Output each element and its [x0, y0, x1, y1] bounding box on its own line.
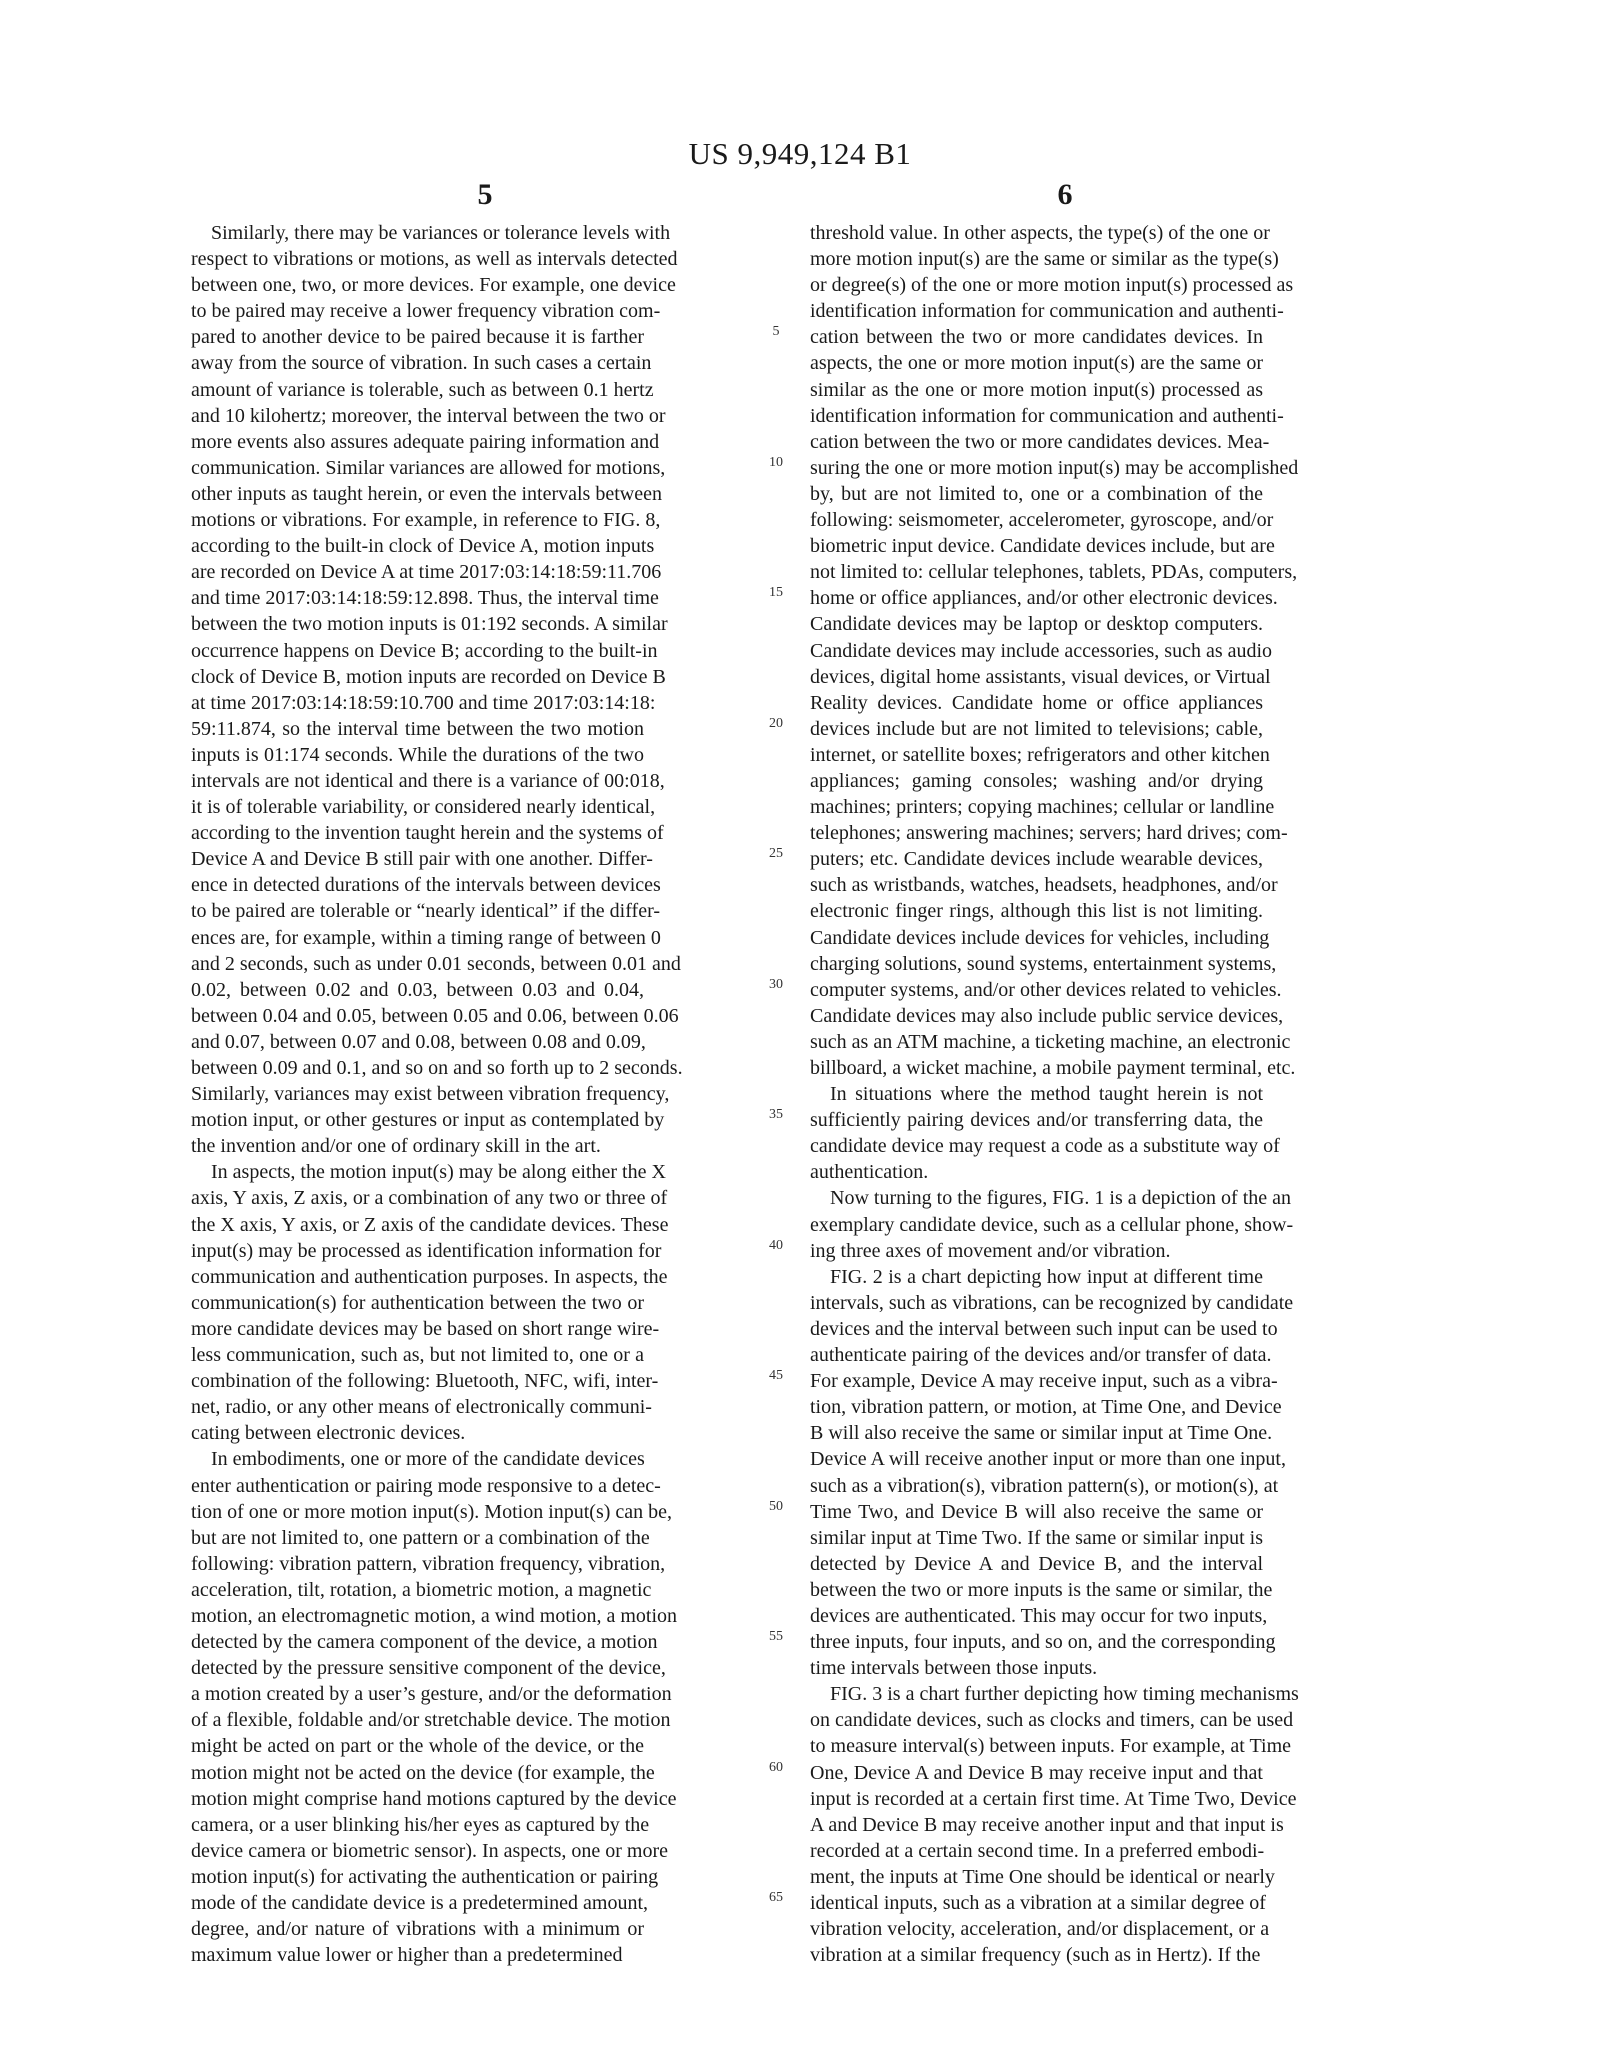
- text-line: home or office appliances, and/or other …: [810, 585, 1263, 611]
- text-line: telephones; answering machines; servers;…: [810, 820, 1263, 846]
- paragraph: In situations where the method taught he…: [810, 1081, 1263, 1185]
- patent-number-header: US 9,949,124 B1: [0, 136, 1600, 172]
- text-line: enter authentication or pairing mode res…: [191, 1473, 644, 1499]
- text-line: ment, the inputs at Time One should be i…: [810, 1864, 1263, 1890]
- text-line: authenticate pairing of the devices and/…: [810, 1342, 1263, 1368]
- text-line: 0.02, between 0.02 and 0.03, between 0.0…: [191, 977, 644, 1003]
- text-line: and 0.07, between 0.07 and 0.08, between…: [191, 1029, 644, 1055]
- text-line: degree, and/or nature of vibrations with…: [191, 1916, 644, 1942]
- text-line: and time 2017:03:14:18:59:12.898. Thus, …: [191, 585, 644, 611]
- text-line: ence in detected durations of the interv…: [191, 872, 644, 898]
- text-line: One, Device A and Device B may receive i…: [810, 1760, 1263, 1786]
- text-line: identical inputs, such as a vibration at…: [810, 1890, 1263, 1916]
- text-line: and 10 kilohertz; moreover, the interval…: [191, 403, 644, 429]
- text-line: the X axis, Y axis, or Z axis of the can…: [191, 1212, 644, 1238]
- text-line: three inputs, four inputs, and so on, an…: [810, 1629, 1263, 1655]
- text-line: Device A and Device B still pair with on…: [191, 846, 644, 872]
- text-line: and 2 seconds, such as under 0.01 second…: [191, 951, 644, 977]
- text-line: internet, or satellite boxes; refrigerat…: [810, 742, 1263, 768]
- text-line: charging solutions, sound systems, enter…: [810, 951, 1263, 977]
- text-line: of a flexible, foldable and/or stretchab…: [191, 1707, 644, 1733]
- text-line: are recorded on Device A at time 2017:03…: [191, 559, 644, 585]
- paragraph: FIG. 2 is a chart depicting how input at…: [810, 1264, 1263, 1682]
- text-line: between the two motion inputs is 01:192 …: [191, 611, 644, 637]
- text-line: motion might comprise hand motions captu…: [191, 1786, 644, 1812]
- text-line: the invention and/or one of ordinary ski…: [191, 1133, 644, 1159]
- text-line: such as an ATM machine, a ticketing mach…: [810, 1029, 1263, 1055]
- text-line: detected by the camera component of the …: [191, 1629, 644, 1655]
- text-line: device camera or biometric sensor). In a…: [191, 1838, 644, 1864]
- text-line: cation between the two or more candidate…: [810, 429, 1263, 455]
- text-line: In embodiments, one or more of the candi…: [191, 1446, 644, 1472]
- text-line: tion, vibration pattern, or motion, at T…: [810, 1394, 1263, 1420]
- left-text-column: Similarly, there may be variances or tol…: [191, 220, 644, 1968]
- text-line: Similarly, there may be variances or tol…: [191, 220, 644, 246]
- text-line: combination of the following: Bluetooth,…: [191, 1368, 644, 1394]
- text-line: aspects, the one or more motion input(s)…: [810, 350, 1263, 376]
- line-number: 30: [756, 977, 796, 993]
- text-line: such as a vibration(s), vibration patter…: [810, 1473, 1263, 1499]
- text-line: maximum value lower or higher than a pre…: [191, 1942, 644, 1968]
- text-line: recorded at a certain second time. In a …: [810, 1838, 1263, 1864]
- text-line: more events also assures adequate pairin…: [191, 429, 644, 455]
- text-line: devices include but are not limited to t…: [810, 716, 1263, 742]
- text-line: pared to another device to be paired bec…: [191, 324, 644, 350]
- text-line: ences are, for example, within a timing …: [191, 925, 644, 951]
- line-number: 55: [756, 1629, 796, 1645]
- text-line: to measure interval(s) between inputs. F…: [810, 1733, 1263, 1759]
- text-line: similar as the one or more motion input(…: [810, 377, 1263, 403]
- paragraph: In aspects, the motion input(s) may be a…: [191, 1159, 644, 1446]
- text-line: more motion input(s) are the same or sim…: [810, 246, 1263, 272]
- text-line: biometric input device. Candidate device…: [810, 533, 1263, 559]
- text-line: acceleration, tilt, rotation, a biometri…: [191, 1577, 644, 1603]
- text-line: machines; printers; copying machines; ce…: [810, 794, 1263, 820]
- text-line: away from the source of vibration. In su…: [191, 350, 644, 376]
- text-line: devices, digital home assistants, visual…: [810, 664, 1263, 690]
- text-line: at time 2017:03:14:18:59:10.700 and time…: [191, 690, 644, 716]
- text-line: according to the built-in clock of Devic…: [191, 533, 644, 559]
- text-line: cation between the two or more candidate…: [810, 324, 1263, 350]
- line-number: 65: [756, 1890, 796, 1906]
- text-line: detected by the pressure sensitive compo…: [191, 1655, 644, 1681]
- text-line: following: seismometer, accelerometer, g…: [810, 507, 1263, 533]
- text-line: input is recorded at a certain first tim…: [810, 1786, 1263, 1812]
- text-line: other inputs as taught herein, or even t…: [191, 481, 644, 507]
- text-line: suring the one or more motion input(s) m…: [810, 455, 1263, 481]
- text-line: following: vibration pattern, vibration …: [191, 1551, 644, 1577]
- line-number: 20: [756, 716, 796, 732]
- text-line: computer systems, and/or other devices r…: [810, 977, 1263, 1003]
- text-line: intervals are not identical and there is…: [191, 768, 644, 794]
- text-line: devices are authenticated. This may occu…: [810, 1603, 1263, 1629]
- text-line: between 0.04 and 0.05, between 0.05 and …: [191, 1003, 644, 1029]
- text-line: not limited to: cellular telephones, tab…: [810, 559, 1263, 585]
- paragraph: threshold value. In other aspects, the t…: [810, 220, 1263, 1081]
- text-line: vibration at a similar frequency (such a…: [810, 1942, 1263, 1968]
- text-line: motion might not be acted on the device …: [191, 1760, 644, 1786]
- text-line: axis, Y axis, Z axis, or a combination o…: [191, 1185, 644, 1211]
- paragraph: Now turning to the figures, FIG. 1 is a …: [810, 1185, 1263, 1263]
- text-line: sufficiently pairing devices and/or tran…: [810, 1107, 1263, 1133]
- line-number: 60: [756, 1760, 796, 1776]
- text-line: Device A will receive another input or m…: [810, 1446, 1263, 1472]
- text-line: motions or vibrations. For example, in r…: [191, 507, 644, 533]
- line-number: 25: [756, 846, 796, 862]
- text-line: more candidate devices may be based on s…: [191, 1316, 644, 1342]
- text-line: a motion created by a user’s gesture, an…: [191, 1681, 644, 1707]
- text-line: vibration velocity, acceleration, and/or…: [810, 1916, 1263, 1942]
- text-line: identification information for communica…: [810, 298, 1263, 324]
- text-line: camera, or a user blinking his/her eyes …: [191, 1812, 644, 1838]
- text-line: billboard, a wicket machine, a mobile pa…: [810, 1055, 1263, 1081]
- text-line: Now turning to the figures, FIG. 1 is a …: [810, 1185, 1263, 1211]
- text-line: Candidate devices include devices for ve…: [810, 925, 1263, 951]
- text-line: net, radio, or any other means of electr…: [191, 1394, 644, 1420]
- text-line: occurrence happens on Device B; accordin…: [191, 638, 644, 664]
- text-line: it is of tolerable variability, or consi…: [191, 794, 644, 820]
- text-line: might be acted on part or the whole of t…: [191, 1733, 644, 1759]
- text-line: intervals, such as vibrations, can be re…: [810, 1290, 1263, 1316]
- text-line: devices and the interval between such in…: [810, 1316, 1263, 1342]
- text-line: mode of the candidate device is a predet…: [191, 1890, 644, 1916]
- text-line: clock of Device B, motion inputs are rec…: [191, 664, 644, 690]
- text-line: communication and authentication purpose…: [191, 1264, 644, 1290]
- text-line: or degree(s) of the one or more motion i…: [810, 272, 1263, 298]
- paragraph: In embodiments, one or more of the candi…: [191, 1446, 644, 1968]
- text-line: For example, Device A may receive input,…: [810, 1368, 1263, 1394]
- text-line: exemplary candidate device, such as a ce…: [810, 1212, 1263, 1238]
- text-line: motion input, or other gestures or input…: [191, 1107, 644, 1133]
- text-line: but are not limited to, one pattern or a…: [191, 1525, 644, 1551]
- line-number: 45: [756, 1368, 796, 1384]
- text-line: 59:11.874, so the interval time between …: [191, 716, 644, 742]
- text-line: between the two or more inputs is the sa…: [810, 1577, 1263, 1603]
- text-line: threshold value. In other aspects, the t…: [810, 220, 1263, 246]
- line-number: 5: [756, 324, 796, 340]
- text-line: less communication, such as, but not lim…: [191, 1342, 644, 1368]
- text-line: candidate device may request a code as a…: [810, 1133, 1263, 1159]
- line-number: 50: [756, 1499, 796, 1515]
- text-line: input(s) may be processed as identificat…: [191, 1238, 644, 1264]
- text-line: identification information for communica…: [810, 403, 1263, 429]
- text-line: puters; etc. Candidate devices include w…: [810, 846, 1263, 872]
- text-line: FIG. 2 is a chart depicting how input at…: [810, 1264, 1263, 1290]
- line-number: 40: [756, 1238, 796, 1254]
- text-line: communication(s) for authentication betw…: [191, 1290, 644, 1316]
- text-line: motion, an electromagnetic motion, a win…: [191, 1603, 644, 1629]
- column-number-left: 5: [445, 178, 525, 212]
- text-line: FIG. 3 is a chart further depicting how …: [810, 1681, 1263, 1707]
- text-line: on candidate devices, such as clocks and…: [810, 1707, 1263, 1733]
- text-line: between one, two, or more devices. For e…: [191, 272, 644, 298]
- text-line: inputs is 01:174 seconds. While the dura…: [191, 742, 644, 768]
- column-number-right: 6: [1025, 178, 1105, 212]
- right-text-column: threshold value. In other aspects, the t…: [810, 220, 1263, 1968]
- text-line: ing three axes of movement and/or vibrat…: [810, 1238, 1263, 1264]
- text-line: similar input at Time Two. If the same o…: [810, 1525, 1263, 1551]
- text-line: by, but are not limited to, one or a com…: [810, 481, 1263, 507]
- text-line: Candidate devices may be laptop or deskt…: [810, 611, 1263, 637]
- text-line: detected by Device A and Device B, and t…: [810, 1551, 1263, 1577]
- text-line: appliances; gaming consoles; washing and…: [810, 768, 1263, 794]
- text-line: electronic finger rings, although this l…: [810, 898, 1263, 924]
- text-line: authentication.: [810, 1159, 1263, 1185]
- text-line: according to the invention taught herein…: [191, 820, 644, 846]
- text-line: Similarly, variances may exist between v…: [191, 1081, 644, 1107]
- line-number: 10: [756, 455, 796, 471]
- paragraph: FIG. 3 is a chart further depicting how …: [810, 1681, 1263, 1968]
- line-number: 35: [756, 1107, 796, 1123]
- text-line: B will also receive the same or similar …: [810, 1420, 1263, 1446]
- text-line: motion input(s) for activating the authe…: [191, 1864, 644, 1890]
- paragraph: Similarly, there may be variances or tol…: [191, 220, 644, 1159]
- text-line: amount of variance is tolerable, such as…: [191, 377, 644, 403]
- text-line: Reality devices. Candidate home or offic…: [810, 690, 1263, 716]
- text-line: to be paired are tolerable or “nearly id…: [191, 898, 644, 924]
- text-line: time intervals between those inputs.: [810, 1655, 1263, 1681]
- text-line: cating between electronic devices.: [191, 1420, 644, 1446]
- text-line: communication. Similar variances are all…: [191, 455, 644, 481]
- text-line: such as wristbands, watches, headsets, h…: [810, 872, 1263, 898]
- text-line: between 0.09 and 0.1, and so on and so f…: [191, 1055, 644, 1081]
- text-line: In aspects, the motion input(s) may be a…: [191, 1159, 644, 1185]
- text-line: A and Device B may receive another input…: [810, 1812, 1263, 1838]
- text-line: tion of one or more motion input(s). Mot…: [191, 1499, 644, 1525]
- text-line: respect to vibrations or motions, as wel…: [191, 246, 644, 272]
- text-line: Time Two, and Device B will also receive…: [810, 1499, 1263, 1525]
- text-line: In situations where the method taught he…: [810, 1081, 1263, 1107]
- text-line: to be paired may receive a lower frequen…: [191, 298, 644, 324]
- text-line: Candidate devices may include accessorie…: [810, 638, 1263, 664]
- text-line: Candidate devices may also include publi…: [810, 1003, 1263, 1029]
- line-number: 15: [756, 585, 796, 601]
